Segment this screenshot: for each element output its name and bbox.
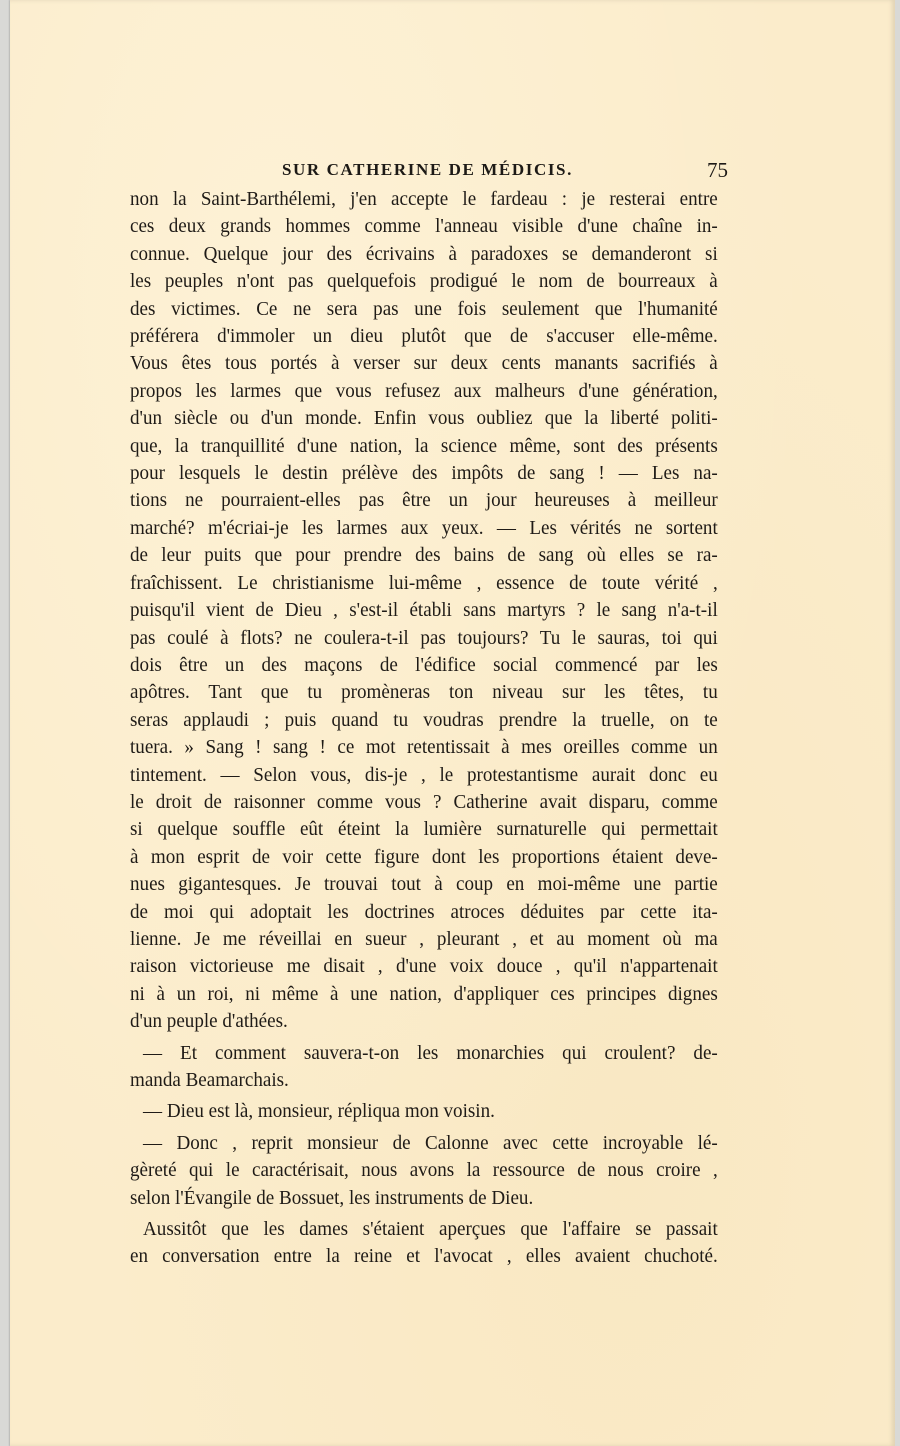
text-line: que, la tranquillité d'une nation, la sc… — [130, 433, 718, 460]
text-line: d'un peuple d'athées. — [130, 1008, 718, 1035]
text-line: raison victorieuse me disait , d'une voi… — [130, 953, 718, 980]
book-page: SUR CATHERINE DE MÉDICIS. 75 non la Sain… — [10, 0, 895, 1446]
text-line: d'un siècle ou d'un monde. Enfin vous ou… — [130, 405, 718, 432]
text-line: de leur puits que pour prendre des bains… — [130, 542, 718, 569]
text-line: de moi qui adoptait les doctrines atroce… — [130, 899, 718, 926]
text-line: Vous êtes tous portés à verser sur deux … — [130, 350, 718, 377]
text-line: ces deux grands hommes comme l'anneau vi… — [130, 213, 718, 240]
text-line: préférera d'immoler un dieu plutôt que d… — [130, 323, 718, 350]
paragraph: — Dieu est là, monsieur, répliqua mon vo… — [130, 1098, 677, 1125]
text-line: marché? m'écriai-je les larmes aux yeux.… — [130, 515, 718, 542]
text-line: gèreté qui le caractérisait, nous avons … — [130, 1157, 718, 1184]
paragraph: — Donc , reprit monsieur de Calonne avec… — [130, 1130, 677, 1212]
text-line: — Et comment sauvera-t-on les monarchies… — [130, 1040, 718, 1067]
text-line: à mon esprit de voir cette figure dont l… — [130, 844, 718, 871]
text-line: nues gigantesques. Je trouvai tout à cou… — [130, 871, 718, 898]
text-line: tuera. » Sang ! sang ! ce mot retentissa… — [130, 734, 718, 761]
running-title: SUR CATHERINE DE MÉDICIS. — [282, 160, 573, 180]
text-line: les peuples n'ont pas quelquefois prodig… — [130, 268, 718, 295]
text-line: selon l'Évangile de Bossuet, les instrum… — [130, 1185, 718, 1212]
text-line: apôtres. Tant que tu promèneras ton nive… — [130, 679, 718, 706]
text-line: — Donc , reprit monsieur de Calonne avec… — [130, 1130, 718, 1157]
text-line: si quelque souffle eût éteint la lumière… — [130, 816, 718, 843]
text-line: en conversation entre la reine et l'avoc… — [130, 1243, 718, 1270]
text-line: non la Saint-Barthélemi, j'en accepte le… — [130, 186, 718, 213]
text-line: propos les larmes que vous refusez aux m… — [130, 378, 718, 405]
text-line: des victimes. Ce ne sera pas une fois se… — [130, 296, 718, 323]
text-line: lienne. Je me réveillai en sueur , pleur… — [130, 926, 718, 953]
page-header: SUR CATHERINE DE MÉDICIS. 75 — [282, 158, 728, 188]
body-text: non la Saint-Barthélemi, j'en accepte le… — [130, 186, 677, 1271]
text-line: dois être un des maçons de l'édifice soc… — [130, 652, 718, 679]
text-line: ni à un roi, ni même à une nation, d'app… — [130, 981, 718, 1008]
text-line: fraîchissent. Le christianisme lui-même … — [130, 570, 718, 597]
text-line: puisqu'il vient de Dieu , s'est-il établ… — [130, 597, 718, 624]
text-line: tintement. — Selon vous, dis-je , le pro… — [130, 762, 718, 789]
text-line: Aussitôt que les dames s'étaient aperçue… — [130, 1216, 718, 1243]
text-line: le droit de raisonner comme vous ? Cathe… — [130, 789, 718, 816]
paragraph: Aussitôt que les dames s'étaient aperçue… — [130, 1216, 677, 1271]
paragraph: — Et comment sauvera-t-on les monarchies… — [130, 1040, 677, 1095]
text-line: — Dieu est là, monsieur, répliqua mon vo… — [130, 1098, 718, 1125]
page-number: 75 — [707, 158, 728, 183]
text-line: tions ne pourraient-elles pas être un jo… — [130, 487, 718, 514]
text-line: pour lesquels le destin prélève des impô… — [130, 460, 718, 487]
text-line: connue. Quelque jour des écrivains à par… — [130, 241, 718, 268]
text-line: pas coulé à flots? ne coulera-t-il pas t… — [130, 625, 718, 652]
text-line: manda Beamarchais. — [130, 1067, 718, 1094]
text-line: seras applaudi ; puis quand tu voudras p… — [130, 707, 718, 734]
paragraph: non la Saint-Barthélemi, j'en accepte le… — [130, 186, 677, 1036]
